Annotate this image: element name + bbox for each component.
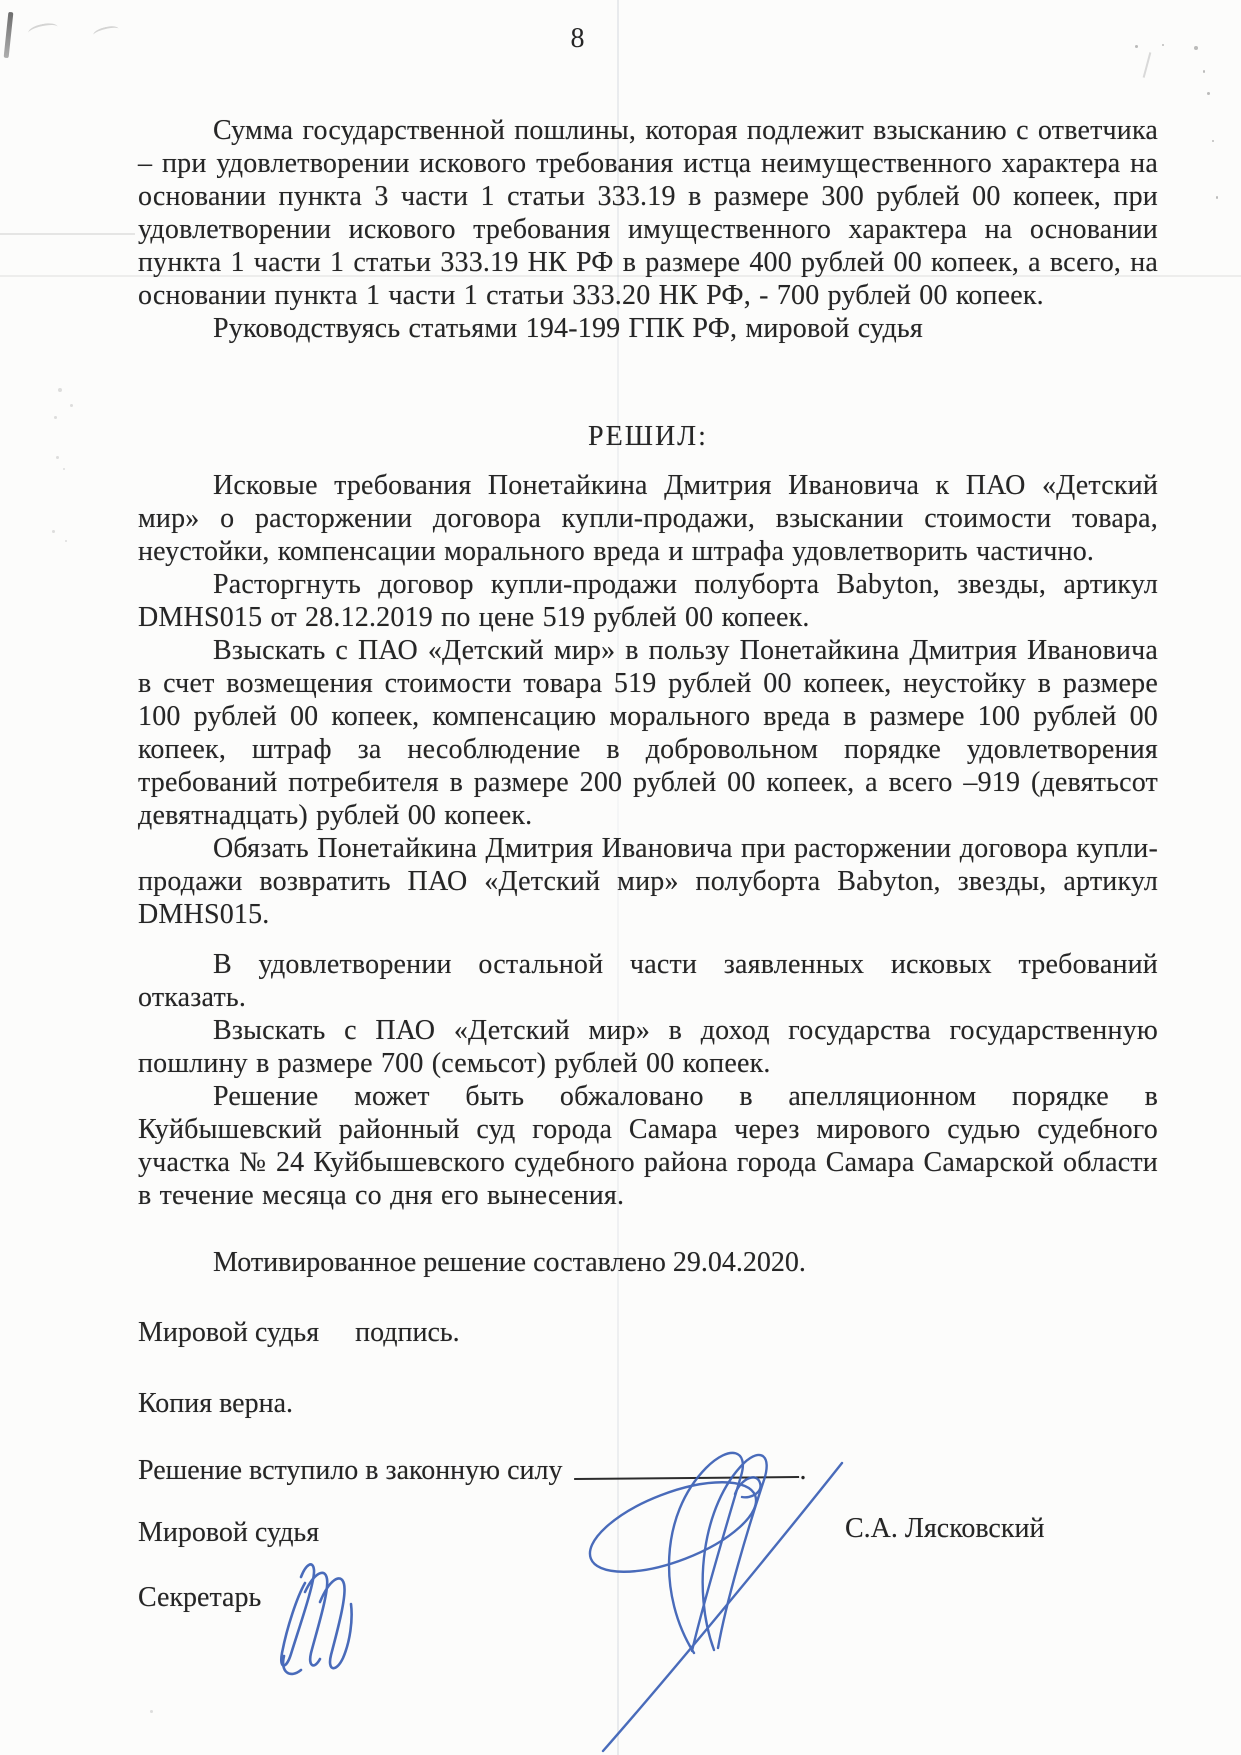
scan-line-horizontal (0, 233, 135, 235)
paragraph-guided-by: Руководствуясь статьями 194-199 ГПК РФ, … (138, 312, 1158, 345)
paragraph-court-fee: Сумма государственной пошлины, которая п… (138, 114, 1158, 312)
blank-signature-rule (574, 1450, 799, 1480)
scan-speck (1212, 140, 1214, 142)
scan-speck (1194, 46, 1198, 50)
scan-speck (1216, 196, 1218, 199)
paragraph-rescind-contract: Расторгнуть договор купли-продажи полубо… (138, 568, 1158, 634)
scan-hairline (1143, 52, 1152, 78)
scan-speck (65, 540, 67, 542)
paragraph-state-fee: Взыскать с ПАО «Детский мир» в доход гос… (138, 1014, 1158, 1080)
paragraph-appeal-procedure: Решение может быть обжаловано в апелляци… (138, 1080, 1158, 1212)
body-block-2: Исковые требования Понетайкина Дмитрия И… (138, 469, 1158, 1212)
scan-speck (1203, 70, 1205, 73)
scan-speck (1207, 92, 1210, 95)
scan-speck (52, 530, 55, 533)
entered-into-force-period: . (799, 1455, 806, 1486)
resolution-heading: РЕШИЛ: (138, 420, 1158, 453)
paragraph-recover-amounts: Взыскать с ПАО «Детский мир» в пользу По… (138, 634, 1158, 832)
paragraph-oblige-return: Обязать Понетайкина Дмитрия Ивановича пр… (138, 832, 1158, 931)
page-number: 8 (0, 22, 1155, 55)
judge-signature-note-line: Мировой судьяподпись. (138, 1316, 460, 1349)
scanned-court-decision-page: 8 Сумма государственной пошлины, которая… (0, 0, 1241, 1755)
scan-speck (58, 388, 62, 392)
entered-into-force-label: Решение вступило в законную силу (138, 1455, 562, 1486)
scan-speck (56, 456, 59, 459)
scan-speck (1162, 44, 1164, 46)
paragraph-motivated-decision: Мотивированное решение составлено 29.04.… (213, 1246, 806, 1279)
secretary-label: Секретарь (138, 1581, 261, 1614)
entered-into-force-line: Решение вступило в законную силу. (138, 1451, 806, 1487)
body-block-1: Сумма государственной пошлины, которая п… (138, 114, 1158, 345)
judge-label: Мировой судья (138, 1516, 319, 1549)
scan-speck (63, 468, 65, 470)
paragraph-claims-satisfied: Исковые требования Понетайкина Дмитрия И… (138, 469, 1158, 568)
scan-speck (70, 404, 73, 407)
scan-speck (150, 1710, 153, 1713)
scan-speck (54, 416, 57, 419)
paragraph-deny-rest: В удовлетворении остальной части заявлен… (138, 948, 1158, 1014)
judge-label-signature-line: Мировой судья (138, 1317, 319, 1348)
secretary-signature (281, 1564, 351, 1674)
signature-word: подпись. (355, 1317, 460, 1348)
judge-name: С.А. Лясковский (845, 1512, 1044, 1545)
copy-correct-note: Копия верна. (138, 1387, 293, 1420)
